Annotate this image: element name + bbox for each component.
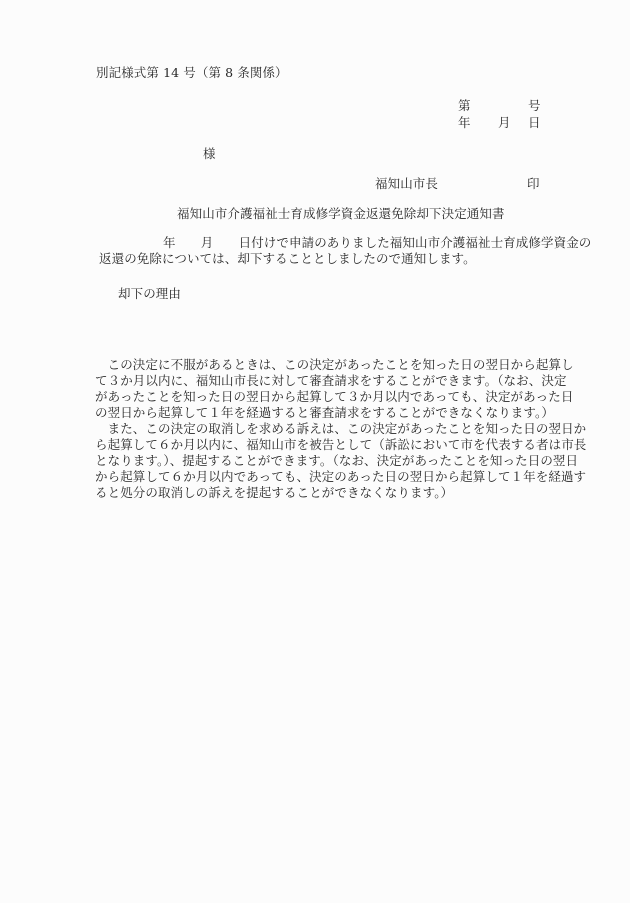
sender-name: 福知山市長 — [375, 176, 438, 192]
seal-mark: 印 — [527, 176, 540, 192]
date-month-label: 月 — [498, 115, 511, 131]
appeal-line-2: て３か月以内に、福知山市長に対して審査請求をすることができます。（なお、決定 — [95, 373, 579, 389]
appeal-line-1: この決定に不服があるときは、この決定があったことを知った日の翌日から起算し — [95, 357, 579, 373]
body-line-2: 返還の免除については、却下することとしましたので通知します。 — [99, 251, 579, 267]
appeal-paragraph: この決定に不服があるときは、この決定があったことを知った日の翌日から起算し て３… — [95, 357, 579, 501]
appeal-line-4: の翌日から起算して１年を経過すると審査請求をすることができなくなります。） — [95, 405, 579, 421]
date-day-label: 日 — [528, 115, 541, 131]
appeal-line-8: から起算して６か月以内であっても、決定のあった日の翌日から起算して１年を経過す — [95, 469, 579, 485]
appeal-line-3: があったことを知った日の翌日から起算して３か月以内であっても、決定があった日 — [95, 389, 579, 405]
reason-heading: 却下の理由 — [118, 286, 181, 302]
document-page: 別記様式第 14 号（第 8 条関係） 第 号 年 月 日 様 福知山市長 印 … — [0, 0, 630, 903]
addressee-suffix: 様 — [203, 146, 216, 162]
appeal-line-6: ら起算して６か月以内に、福知山市を被告として（訴訟において市を代表する者は市長 — [95, 437, 579, 453]
body-line-1: 年 月 日付けで申請のありました福知山市介護福祉士育成修学資金の — [163, 235, 579, 251]
date-year-label: 年 — [458, 115, 471, 131]
doc-number-prefix: 第 — [458, 98, 471, 114]
appeal-line-9: ると処分の取消しの訴えを提起することができなくなります。） — [95, 485, 579, 501]
document-title: 福知山市介護福祉士育成修学資金返還免除却下決定通知書 — [177, 206, 505, 222]
appeal-line-7: となります。）、提起することができます。（なお、決定があったことを知った日の翌日 — [95, 453, 579, 469]
body-paragraph: 年 月 日付けで申請のありました福知山市介護福祉士育成修学資金の 返還の免除につ… — [99, 235, 579, 267]
appeal-line-5: また、この決定の取消しを求める訴えは、この決定があったことを知った日の翌日か — [95, 421, 579, 437]
doc-number-suffix: 号 — [528, 98, 541, 114]
form-label: 別記様式第 14 号（第 8 条関係） — [96, 65, 288, 81]
